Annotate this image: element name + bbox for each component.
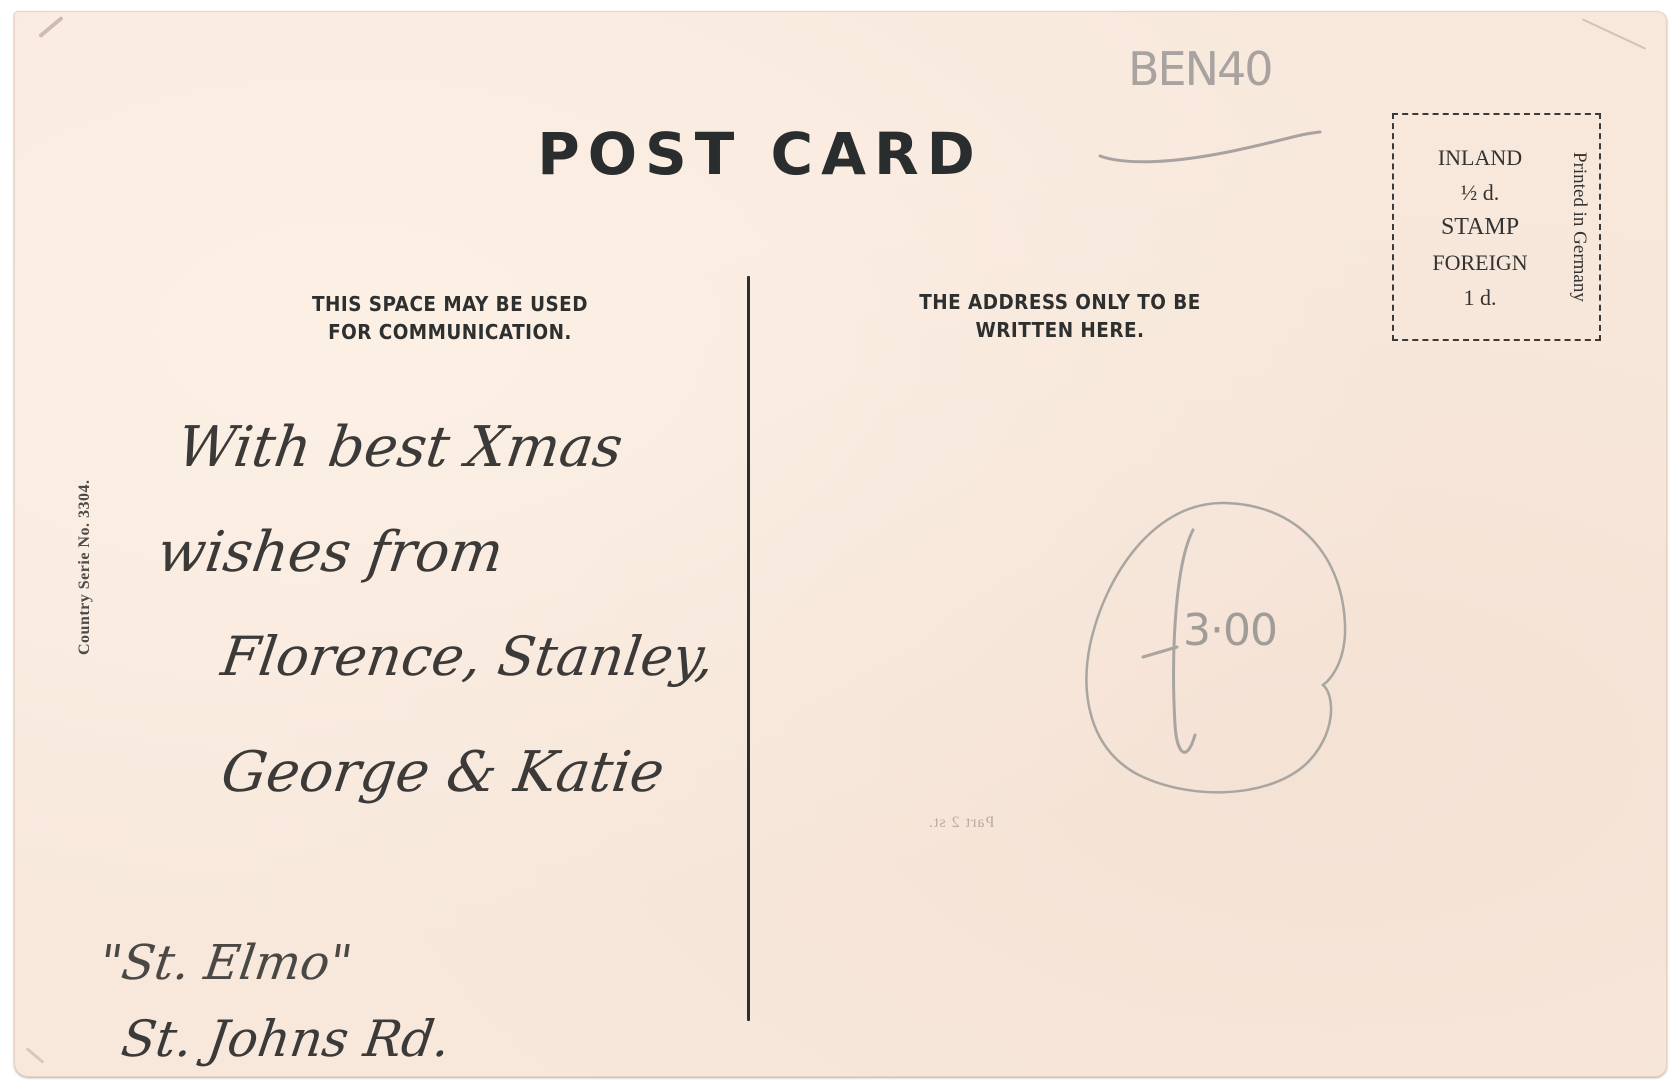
postcard-title: POST CARD <box>480 120 1040 188</box>
corner-crease <box>38 16 64 38</box>
address-label: THE ADDRESS ONLY TO BE WRITTEN HERE. <box>885 288 1235 344</box>
series-number: Country Serie No. 3304. <box>76 430 106 705</box>
pencil-price: 3·00 <box>1183 605 1277 656</box>
stamp-line-foreign: FOREIGN <box>1405 245 1555 280</box>
communication-label-line: FOR COMMUNICATION. <box>284 318 615 346</box>
handwritten-line: With best Xmas <box>173 415 626 480</box>
show-through-text <box>555 98 1075 118</box>
handwritten-line: wishes from <box>153 520 507 585</box>
show-through-mirror-text: Part 2 st. <box>928 814 994 832</box>
handwritten-line: Florence, Stanley, <box>218 625 719 688</box>
handwritten-address-line: "St. Elmo" <box>96 935 356 991</box>
communication-label-line: THIS SPACE MAY BE USED <box>284 290 615 318</box>
pencil-inventory-code: BEN40 <box>1128 42 1272 96</box>
stamp-line-foreign-rate: 1 d. <box>1405 280 1555 315</box>
handwritten-address-line: St. Johns Rd. <box>118 1010 454 1068</box>
corner-crease <box>26 1047 45 1063</box>
address-label-line: WRITTEN HERE. <box>885 316 1235 344</box>
printed-in-germany: Printed in Germany <box>1560 124 1590 330</box>
communication-label: THIS SPACE MAY BE USED FOR COMMUNICATION… <box>284 290 615 346</box>
stamp-line-inland: INLAND <box>1405 140 1555 175</box>
handwritten-line: George & Katie <box>217 740 668 805</box>
stamp-line-stamp: STAMP <box>1405 210 1555 245</box>
address-label-line: THE ADDRESS ONLY TO BE <box>885 288 1235 316</box>
center-divider <box>747 276 750 1021</box>
stamp-line-inland-rate: ½ d. <box>1405 175 1555 210</box>
stamp-text: INLAND ½ d. STAMP FOREIGN 1 d. <box>1405 140 1555 315</box>
corner-crease <box>1582 18 1646 49</box>
pencil-underline <box>1088 120 1328 170</box>
